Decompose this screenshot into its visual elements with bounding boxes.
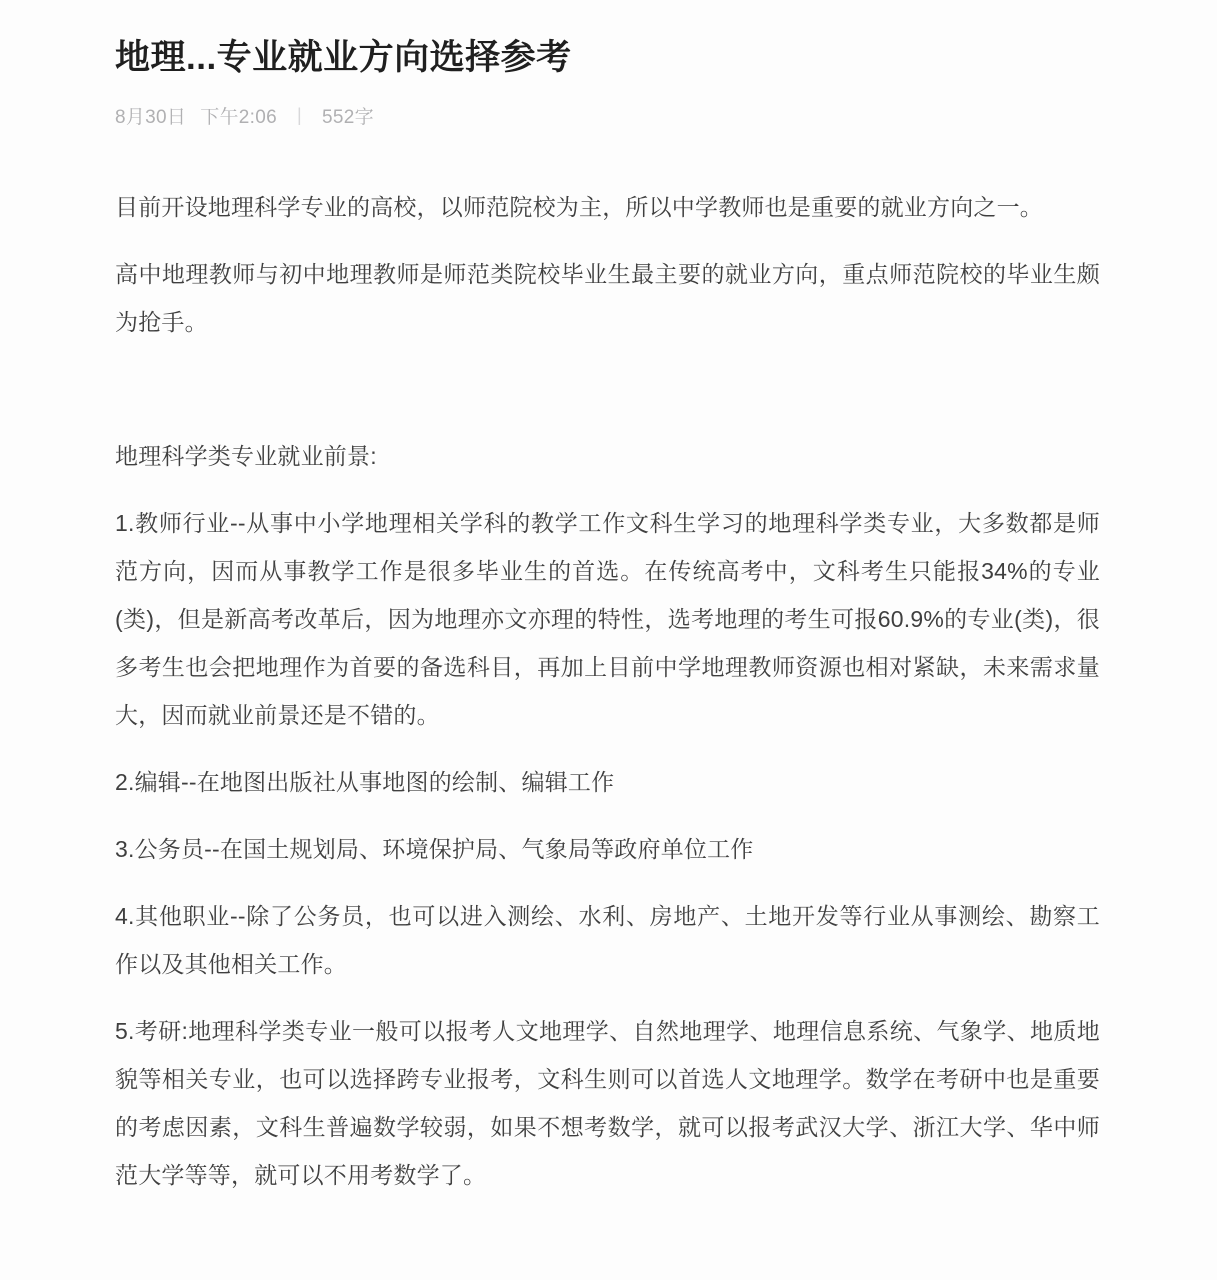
paragraph-blank-line	[115, 365, 1100, 413]
note-container: 地理...专业就业方向选择参考 8月30日 下午2:06 | 552字 目前开设…	[115, 0, 1100, 1199]
paragraph-item-5-postgraduate: 5.考研:地理科学类专业一般可以报考人文地理学、自然地理学、地理信息系统、气象学…	[115, 1007, 1100, 1199]
meta-divider: |	[297, 105, 302, 126]
paragraph-section-heading: 地理科学类专业就业前景:	[115, 432, 1100, 480]
paragraph-intro: 目前开设地理科学专业的高校，以师范院校为主，所以中学教师也是重要的就业方向之一。	[115, 183, 1100, 231]
paragraph-item-4-other-jobs: 4.其他职业--除了公务员，也可以进入测绘、水利、房地产、土地开发等行业从事测绘…	[115, 892, 1100, 988]
note-time: 下午2:06	[200, 102, 277, 129]
paragraph-item-1-teaching: 1.教师行业--从事中小学地理相关学科的教学工作文科生学习的地理科学类专业，大多…	[115, 499, 1100, 739]
note-body: 目前开设地理科学专业的高校，以师范院校为主，所以中学教师也是重要的就业方向之一。…	[115, 183, 1100, 1199]
paragraph-teachers: 高中地理教师与初中地理教师是师范类院校毕业生最主要的就业方向，重点师范院校的毕业…	[115, 250, 1100, 346]
note-word-count: 552字	[322, 102, 374, 129]
note-page: 地理...专业就业方向选择参考 8月30日 下午2:06 | 552字 目前开设…	[0, 0, 1217, 1280]
paragraph-item-2-editor: 2.编辑--在地图出版社从事地图的绘制、编辑工作	[115, 758, 1100, 806]
note-title: 地理...专业就业方向选择参考	[115, 36, 1100, 80]
paragraph-item-3-civil-servant: 3.公务员--在国土规划局、环境保护局、气象局等政府单位工作	[115, 825, 1100, 873]
note-meta: 8月30日 下午2:06 | 552字	[115, 102, 1100, 129]
note-date: 8月30日	[115, 102, 186, 129]
